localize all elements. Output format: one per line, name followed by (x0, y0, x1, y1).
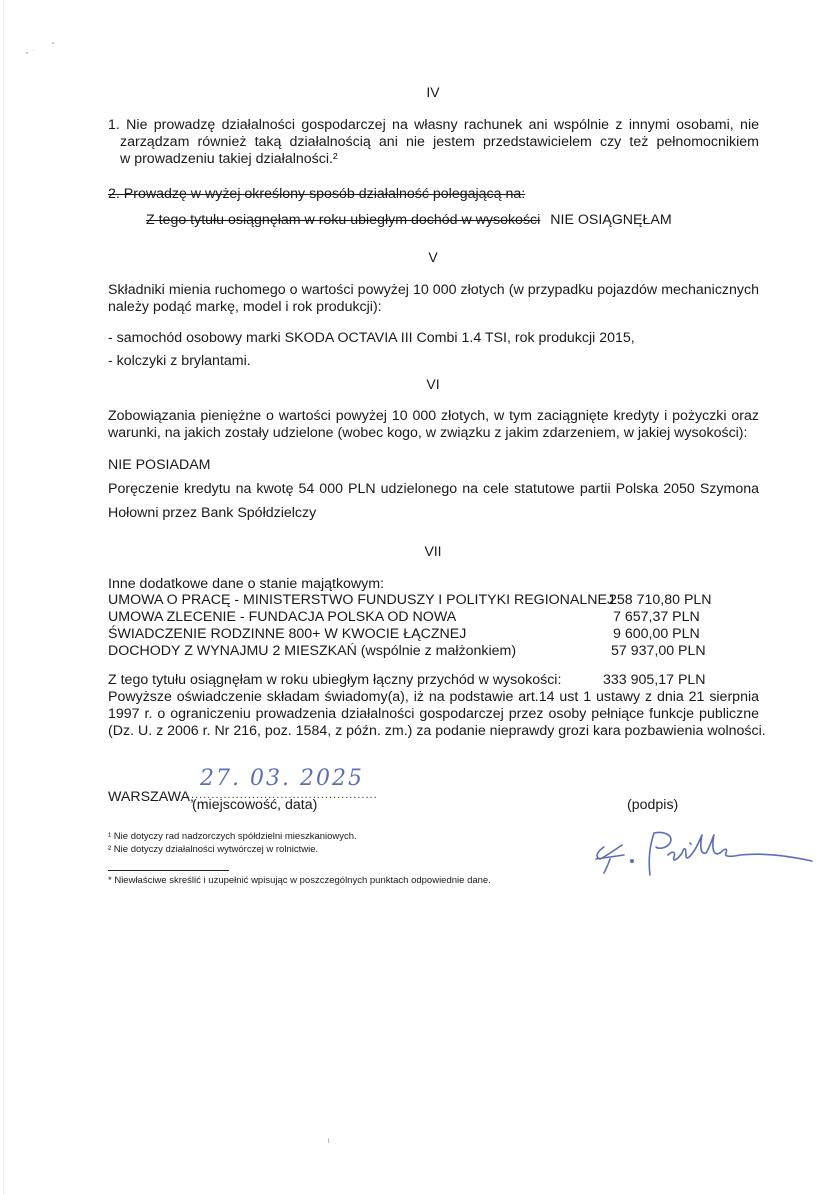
income-row-label: UMOWA O PRACĘ - MINISTERSTWO FUNDUSZY I … (108, 592, 614, 608)
scan-speck (26, 52, 28, 54)
scan-speck (52, 42, 54, 44)
scan-edge (3, 0, 4, 1195)
section-v-item: - kolczyki z brylantami. (108, 353, 251, 369)
document-page: IV 1. Nie prowadzę działalności gospodar… (0, 0, 840, 1195)
income-row-amount: 7 657,37 PLN (613, 609, 700, 625)
declaration-line3: (Dz. U. z 2006 r. Nr 216, poz. 1584, z p… (108, 723, 766, 739)
total-income-label: Z tego tytułu osiągnęłam w roku ubiegłym… (108, 672, 561, 688)
section-v-item: - samochód osobowy marki SKODA OCTAVIA I… (108, 330, 635, 346)
income-row-label: ŚWIADCZENIE RODZINNE 800+ W KWOCIE ŁĄCZN… (108, 626, 466, 642)
section-iv-item1-line2: zarządzam również taką działalnością ani… (120, 134, 759, 150)
section-vi-intro-line1: Zobowiązania pieniężne o wartości powyże… (108, 408, 759, 424)
section-vii-intro: Inne dodatkowe dane o stanie majątkowym: (108, 576, 384, 592)
income-row-amount: 9 600,00 PLN (613, 626, 700, 642)
section-v-intro-line1: Składniki mienia ruchomego o wartości po… (108, 282, 759, 298)
place-label: WARSZAWA, (108, 789, 194, 805)
income-row-label: UMOWA ZLECENIE - FUNDACJA POLSKA OD NOWA (108, 609, 456, 625)
declaration-line1: Powyższe oświadczenie składam świadomy(a… (108, 689, 759, 705)
footnote-asterisk: * Niewłaściwe skreślić i uzupełnić wpisu… (108, 875, 491, 886)
place-date-caption: (miejscowość, data) (192, 797, 317, 813)
total-income-amount: 333 905,17 PLN (603, 672, 706, 688)
declaration-line2: 1997 r. o ograniczeniu prowadzenia dział… (108, 706, 759, 722)
scan-speck (33, 50, 34, 51)
section-iv-item1-line3: w prowadzeniu takiej działalności.² (120, 151, 338, 167)
income-row-amount: 258 710,80 PLN (609, 592, 712, 608)
section-vi-guarantee-line1: Poręczenie kredytu na kwotę 54 000 PLN u… (108, 481, 759, 497)
handwritten-date: 27. 03. 2025 (200, 766, 364, 791)
income-row-amount: 57 937,00 PLN (611, 643, 706, 659)
section-vii-heading: VII (413, 543, 453, 559)
section-iv-income-value: NIE OSIĄGNĘŁAM (550, 212, 671, 228)
section-v-intro-line2: należy podąć markę, model i rok produkcj… (108, 299, 382, 315)
footnote-divider (108, 870, 229, 871)
footnote-1: ¹ Nie dotyczy rad nadzorczych spółdzieln… (108, 831, 357, 842)
section-iv-income-row: Z tego tytułu osiągnęłam w roku ubiegłym… (146, 212, 672, 228)
handwritten-signature (590, 825, 820, 885)
section-iv-heading: IV (413, 84, 453, 100)
section-vi-guarantee-line2: Hołowni przez Bank Spółdzielczy (108, 505, 316, 521)
section-v-heading: V (413, 249, 453, 265)
section-iv-income-struck: Z tego tytułu osiągnęłam w roku ubiegłym… (146, 212, 540, 228)
section-vi-answer: NIE POSIADAM (108, 457, 211, 473)
scan-speck (328, 1138, 329, 1143)
footnote-2: ² Nie dotyczy działalności wytwórczej w … (108, 844, 318, 855)
section-vi-intro-line2: warunki, na jakich zostały udzielone (wo… (108, 425, 747, 441)
income-row-label: DOCHODY Z WYNAJMU 2 MIESZKAŃ (wspólnie z… (108, 643, 516, 659)
section-vi-heading: VI (413, 376, 453, 392)
signature-caption: (podpis) (627, 797, 678, 813)
section-iv-item1-line1: 1. Nie prowadzę działalności gospodarcze… (108, 117, 759, 133)
section-iv-item2-struck: 2. Prowadzę w wyżej określony sposób dzi… (108, 186, 525, 202)
